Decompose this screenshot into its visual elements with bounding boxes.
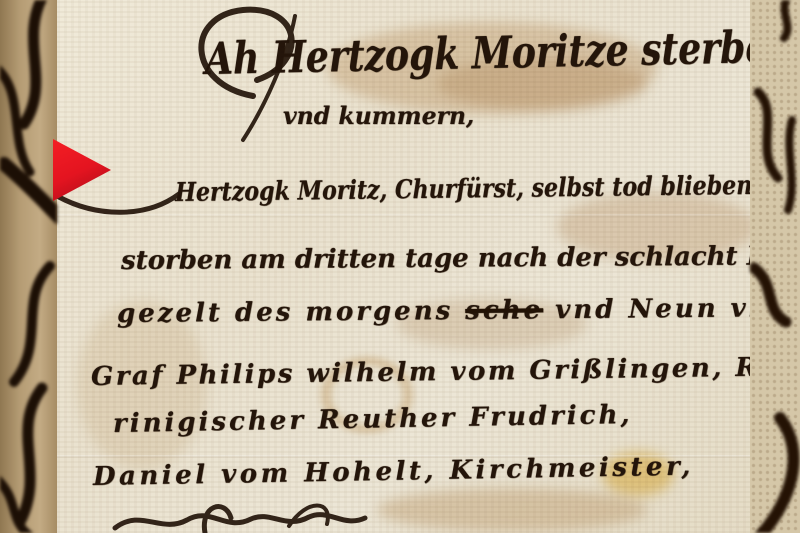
heading-line-1: Ah Hertzogk Moritze sterben, bbox=[205, 25, 800, 82]
body-line-3: gezelt des morgens sche vnd Neun vhre, bbox=[117, 295, 800, 327]
left-edge-ink-strokes bbox=[0, 0, 57, 533]
body-line-3-struck-word: sche bbox=[465, 295, 543, 326]
body-line-1: Hertzogk Moritz, Churfürst, selbst tod b… bbox=[175, 172, 800, 206]
adjacent-page-right bbox=[750, 0, 800, 533]
adjacent-page-left bbox=[0, 0, 57, 533]
right-edge-ink-strokes bbox=[750, 0, 800, 533]
body-line-3-pre: gezelt des morgens bbox=[117, 296, 465, 329]
manuscript-photo: Ah Hertzogk Moritze sterben, vnd kummern… bbox=[0, 0, 800, 533]
manuscript-page: Ah Hertzogk Moritze sterben, vnd kummern… bbox=[57, 0, 750, 533]
body-line-2: storben am dritten tage nach der schlach… bbox=[121, 243, 786, 274]
heading-line-2: vnd kummern, bbox=[283, 104, 474, 128]
